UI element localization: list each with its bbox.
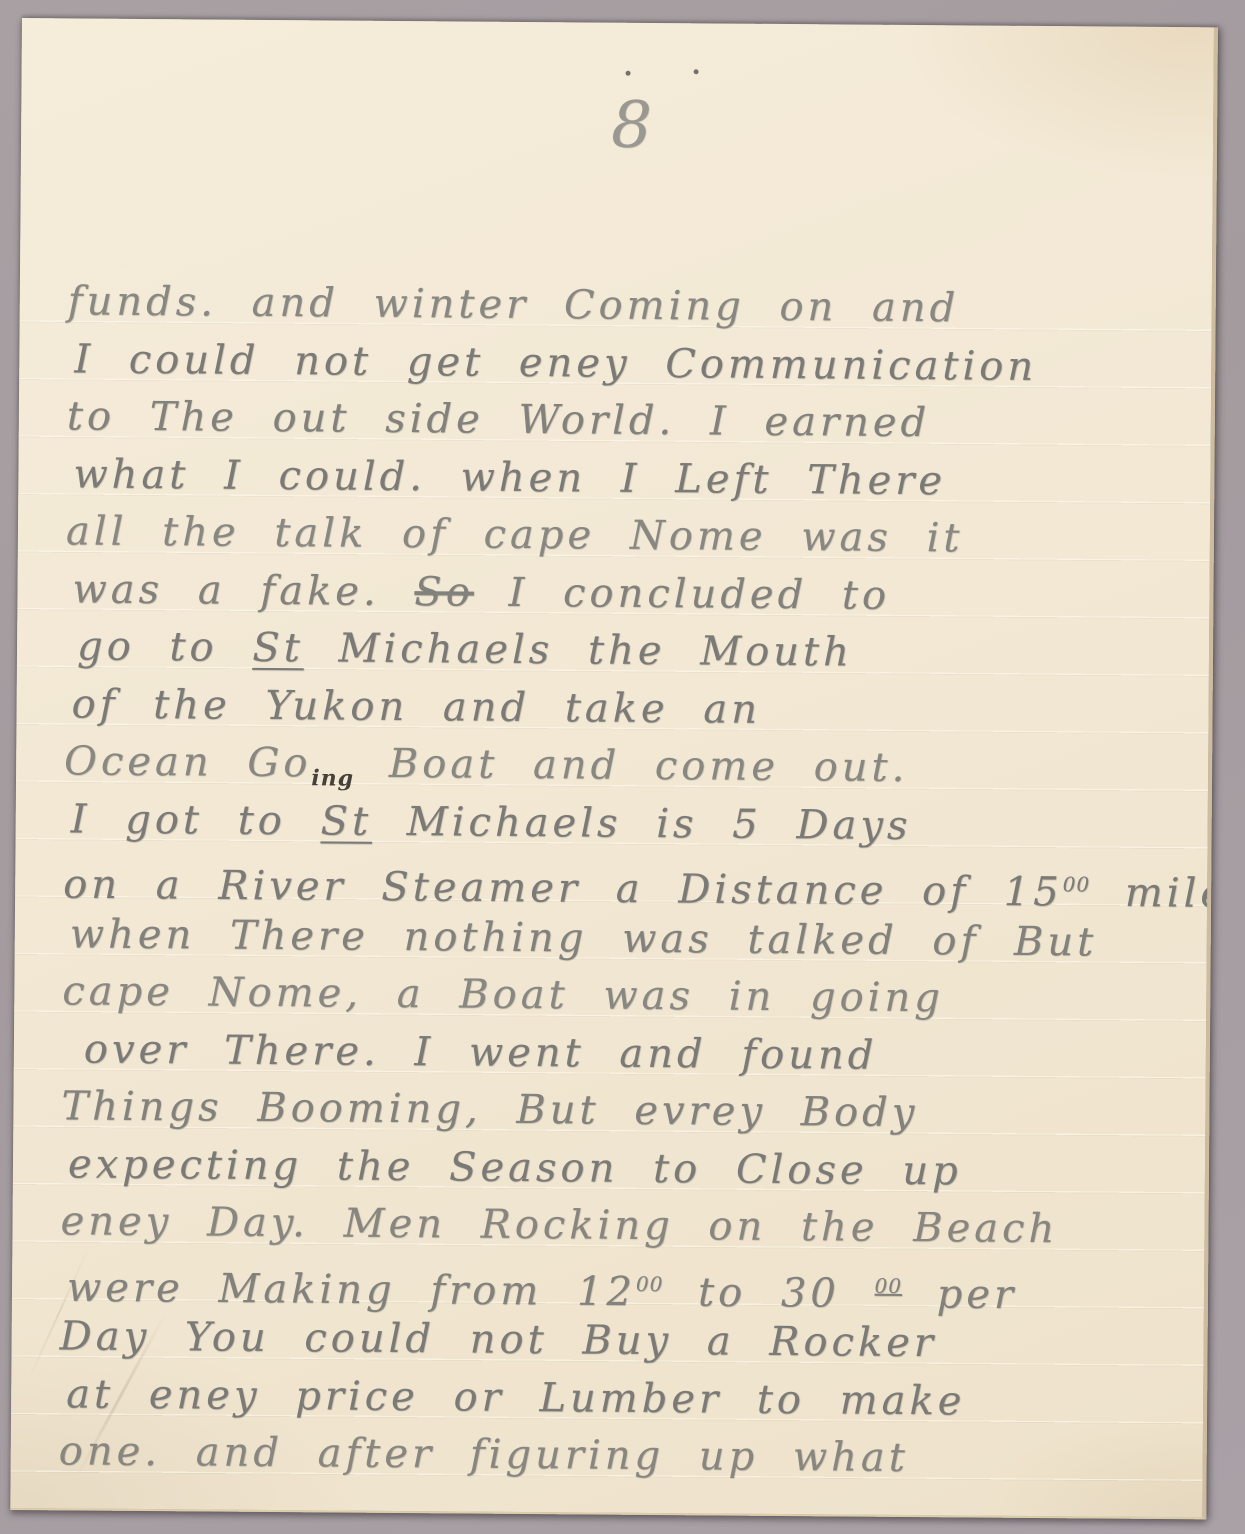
handwriting-segment: Boat and come out. xyxy=(354,741,909,791)
handwriting-segment: to The out side World. I earned xyxy=(67,393,931,446)
handwriting-segment: Ocean Go xyxy=(64,738,312,786)
handwriting-segment: cape Nome, a Boat was in going xyxy=(62,968,944,1021)
handwritten-line: when There nothing was talked of But xyxy=(63,906,1203,972)
handwriting-segment: 00 xyxy=(636,1271,664,1295)
handwritten-line: to The out side World. I earned xyxy=(67,388,1207,454)
handwritten-line: go to St Michaels the Mouth xyxy=(65,618,1205,684)
handwriting-segment: funds. and winter Coming on and xyxy=(68,278,960,331)
ink-speck-left xyxy=(626,71,631,76)
handwriting-segment: when There nothing was talked of But xyxy=(70,911,1098,965)
handwritten-line: I got to St Michaels is 5 Days xyxy=(63,791,1203,857)
handwritten-line: over There. I went and found xyxy=(62,1021,1202,1087)
manuscript-lines: funds. and winter Coming on andI could n… xyxy=(59,273,1208,1489)
handwriting-segment: St xyxy=(252,625,304,671)
handwritten-line: funds. and winter Coming on and xyxy=(68,273,1208,339)
handwriting-segment: what I could. when I Left There xyxy=(73,451,946,504)
handwritten-line: Day You could not Buy a Rocker xyxy=(59,1308,1199,1374)
handwritten-line: cape Nome, a Boat was in going xyxy=(62,963,1202,1029)
handwriting-segment: go to xyxy=(77,623,253,670)
handwriting-segment: 00 xyxy=(1063,872,1091,896)
handwriting-segment: 00 xyxy=(875,1273,903,1297)
handwritten-line: I could not get eney Communication xyxy=(67,331,1207,397)
handwriting-segment: to 30 xyxy=(663,1269,875,1317)
handwritten-line: was a fake. So I concluded to xyxy=(65,561,1205,627)
handwritten-line: Ocean Going Boat and come out. xyxy=(64,733,1204,799)
handwriting-segment: miles xyxy=(1090,870,1218,917)
handwritten-line: eney Day. Men Rocking on the Beach xyxy=(60,1193,1200,1259)
handwritten-line: one. and after figuring up what xyxy=(59,1423,1199,1489)
handwriting-segment: of the Yukon and take an xyxy=(71,681,761,732)
handwriting-segment: over There. I went and found xyxy=(84,1026,878,1078)
handwriting-segment: St xyxy=(320,798,372,844)
handwritten-line: of the Yukon and take an xyxy=(64,676,1204,742)
page-number: 8 xyxy=(611,89,654,163)
handwriting-segment: Michaels the Mouth xyxy=(304,625,853,675)
handwriting-segment: eney Day. Men Rocking on the Beach xyxy=(60,1198,1058,1252)
handwritten-line: at eney price or Lumber to make xyxy=(59,1366,1199,1432)
handwriting-segment: all the talk of cape Nome was it xyxy=(66,508,964,561)
handwriting-segment: per xyxy=(902,1271,1017,1318)
handwritten-line: Things Booming, But evrey Body xyxy=(61,1078,1201,1144)
handwriting-segment: one. and after figuring up what xyxy=(59,1428,909,1481)
handwritten-line: all the talk of cape Nome was it xyxy=(66,503,1206,569)
handwritten-line: expecting the Season to Close up xyxy=(61,1136,1201,1202)
letter-paper: 8 funds. and winter Coming on andI could… xyxy=(10,18,1218,1519)
inserted-word: ing xyxy=(311,765,354,791)
page-background: 8 funds. and winter Coming on andI could… xyxy=(0,0,1245,1534)
handwritten-line: on a River Steamer a Distance of 1500 mi… xyxy=(63,848,1203,914)
handwriting-segment: at eney price or Lumber to make xyxy=(66,1371,966,1424)
handwritten-line: what I could. when I Left There xyxy=(66,446,1206,512)
handwriting-segment: I got to xyxy=(71,796,321,844)
handwriting-segment: I concluded to xyxy=(474,569,891,618)
handwriting-segment: Things Booming, But evrey Body xyxy=(61,1083,918,1136)
handwriting-segment: expecting the Season to Close up xyxy=(68,1141,962,1194)
handwriting-segment: was a fake. xyxy=(72,566,414,615)
handwriting-segment: I could not get eney Communication xyxy=(74,336,1037,390)
handwriting-segment: So xyxy=(414,569,474,615)
ink-speck-right xyxy=(694,69,699,74)
handwritten-line: were Making from 1200 to 30 00 per xyxy=(60,1251,1200,1317)
handwriting-segment: were Making from 12 xyxy=(67,1264,636,1314)
handwriting-segment: Michaels is 5 Days xyxy=(372,798,912,848)
handwriting-segment: Day You could not Buy a Rocker xyxy=(59,1313,937,1366)
